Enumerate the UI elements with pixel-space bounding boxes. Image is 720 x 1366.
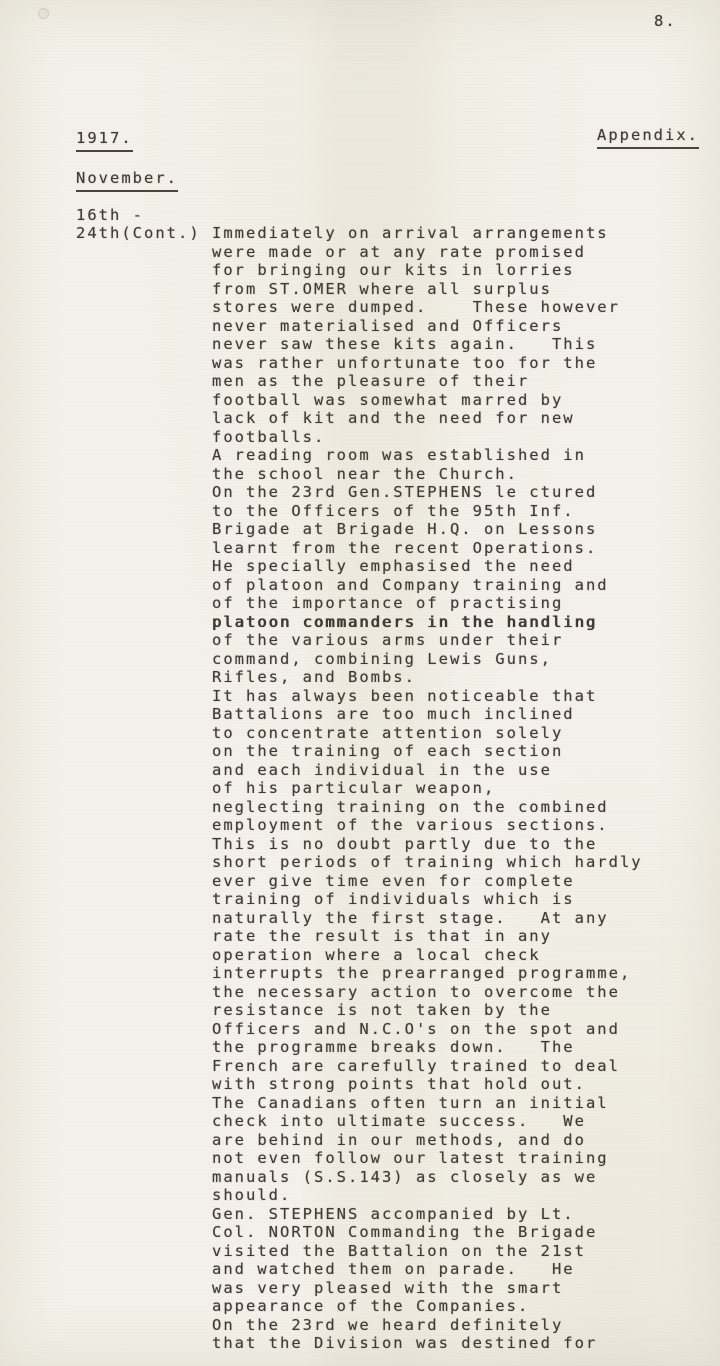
body-line: was rather unfortunate too for the bbox=[212, 354, 643, 373]
body-line: interrupts the prearranged programme, bbox=[212, 964, 643, 983]
body-line: Battalions are too much inclined bbox=[212, 705, 643, 724]
body-line: the necessary action to overcome the bbox=[212, 983, 643, 1002]
body-line: platoon commanders in the handling bbox=[212, 613, 643, 632]
body-line: of platoon and Company training and bbox=[212, 576, 643, 595]
date-range-line-1: 16th - bbox=[76, 206, 144, 225]
body-line: resistance is not taken by the bbox=[212, 1001, 643, 1020]
body-line: Brigade at Brigade H.Q. on Lessons bbox=[212, 520, 643, 539]
body-line: This is no doubt partly due to the bbox=[212, 835, 643, 854]
body-line: command, combining Lewis Guns, bbox=[212, 650, 643, 669]
body-line: Officers and N.C.O's on the spot and bbox=[212, 1020, 643, 1039]
body-line: visited the Battalion on the 21st bbox=[212, 1242, 643, 1261]
year-heading: 1917. bbox=[76, 129, 133, 152]
body-line: were made or at any rate promised bbox=[212, 243, 643, 262]
body-line: manuals (S.S.143) as closely as we bbox=[212, 1168, 643, 1187]
body-line: Gen. STEPHENS accompanied by Lt. bbox=[212, 1205, 643, 1224]
body-line: of his particular weapon, bbox=[212, 779, 643, 798]
body-line: of the importance of practising bbox=[212, 594, 643, 613]
month-heading: November. bbox=[76, 169, 178, 192]
body-line: neglecting training on the combined bbox=[212, 798, 643, 817]
body-line: of the various arms under their bbox=[212, 631, 643, 650]
body-line: training of individuals which is bbox=[212, 890, 643, 909]
body-line: the school near the Church. bbox=[212, 465, 643, 484]
body-line: ever give time even for complete bbox=[212, 872, 643, 891]
body-line: The Canadians often turn an initial bbox=[212, 1094, 643, 1113]
body-line: was very pleased with the smart bbox=[212, 1279, 643, 1298]
punch-hole-mark bbox=[38, 8, 49, 19]
body-line: appearance of the Companies. bbox=[212, 1297, 643, 1316]
body-line: naturally the first stage. At any bbox=[212, 909, 643, 928]
page-number: 8. bbox=[654, 12, 677, 31]
body-line: short periods of training which hardly bbox=[212, 853, 643, 872]
body-line: Immediately on arrival arrangements bbox=[212, 224, 643, 243]
body-line: On the 23rd we heard definitely bbox=[212, 1316, 643, 1335]
document-page: 8. 1917. Appendix. November. 16th - 24th… bbox=[0, 0, 720, 1366]
body-line: never saw these kits again. This bbox=[212, 335, 643, 354]
body-line: French are carefully trained to deal bbox=[212, 1057, 643, 1076]
month-heading-wrap: November. bbox=[76, 169, 178, 192]
body-line: should. bbox=[212, 1186, 643, 1205]
body-line: footballs. bbox=[212, 428, 643, 447]
body-line: are behind in our methods, and do bbox=[212, 1131, 643, 1150]
body-line: rate the result is that in any bbox=[212, 927, 643, 946]
body-line: to the Officers of the 95th Inf. bbox=[212, 502, 643, 521]
body-line: to concentrate attention solely bbox=[212, 724, 643, 743]
body-line: from ST.OMER where all surplus bbox=[212, 280, 643, 299]
appendix-heading: Appendix. bbox=[597, 126, 699, 149]
body-line: check into ultimate success. We bbox=[212, 1112, 643, 1131]
body-line: operation where a local check bbox=[212, 946, 643, 965]
body-line: employment of the various sections. bbox=[212, 816, 643, 835]
body-line: never materialised and Officers bbox=[212, 317, 643, 336]
body-line: on the training of each section bbox=[212, 742, 643, 761]
body-line: that the Division was destined for bbox=[212, 1334, 643, 1353]
body-line: and each individual in the use bbox=[212, 761, 643, 780]
body-text: Immediately on arrival arrangementswere … bbox=[212, 224, 643, 1353]
body-line: with strong points that hold out. bbox=[212, 1075, 643, 1094]
body-line: He specially emphasised the need bbox=[212, 557, 643, 576]
body-line: the programme breaks down. The bbox=[212, 1038, 643, 1057]
year-heading-wrap: 1917. bbox=[76, 129, 133, 152]
date-range-line-2: 24th(Cont.) bbox=[76, 224, 201, 243]
body-line: and watched them on parade. He bbox=[212, 1260, 643, 1279]
body-line: football was somewhat marred by bbox=[212, 391, 643, 410]
body-line: Col. NORTON Commanding the Brigade bbox=[212, 1223, 643, 1242]
body-line: A reading room was established in bbox=[212, 446, 643, 465]
body-line: lack of kit and the need for new bbox=[212, 409, 643, 428]
appendix-heading-wrap: Appendix. bbox=[597, 126, 699, 149]
body-line: On the 23rd Gen.STEPHENS le ctured bbox=[212, 483, 643, 502]
body-line: It has always been noticeable that bbox=[212, 687, 643, 706]
body-line: for bringing our kits in lorries bbox=[212, 261, 643, 280]
body-line: stores were dumped. These however bbox=[212, 298, 643, 317]
body-line: Rifles, and Bombs. bbox=[212, 668, 643, 687]
body-line: not even follow our latest training bbox=[212, 1149, 643, 1168]
body-line: learnt from the recent Operations. bbox=[212, 539, 643, 558]
body-line: men as the pleasure of their bbox=[212, 372, 643, 391]
